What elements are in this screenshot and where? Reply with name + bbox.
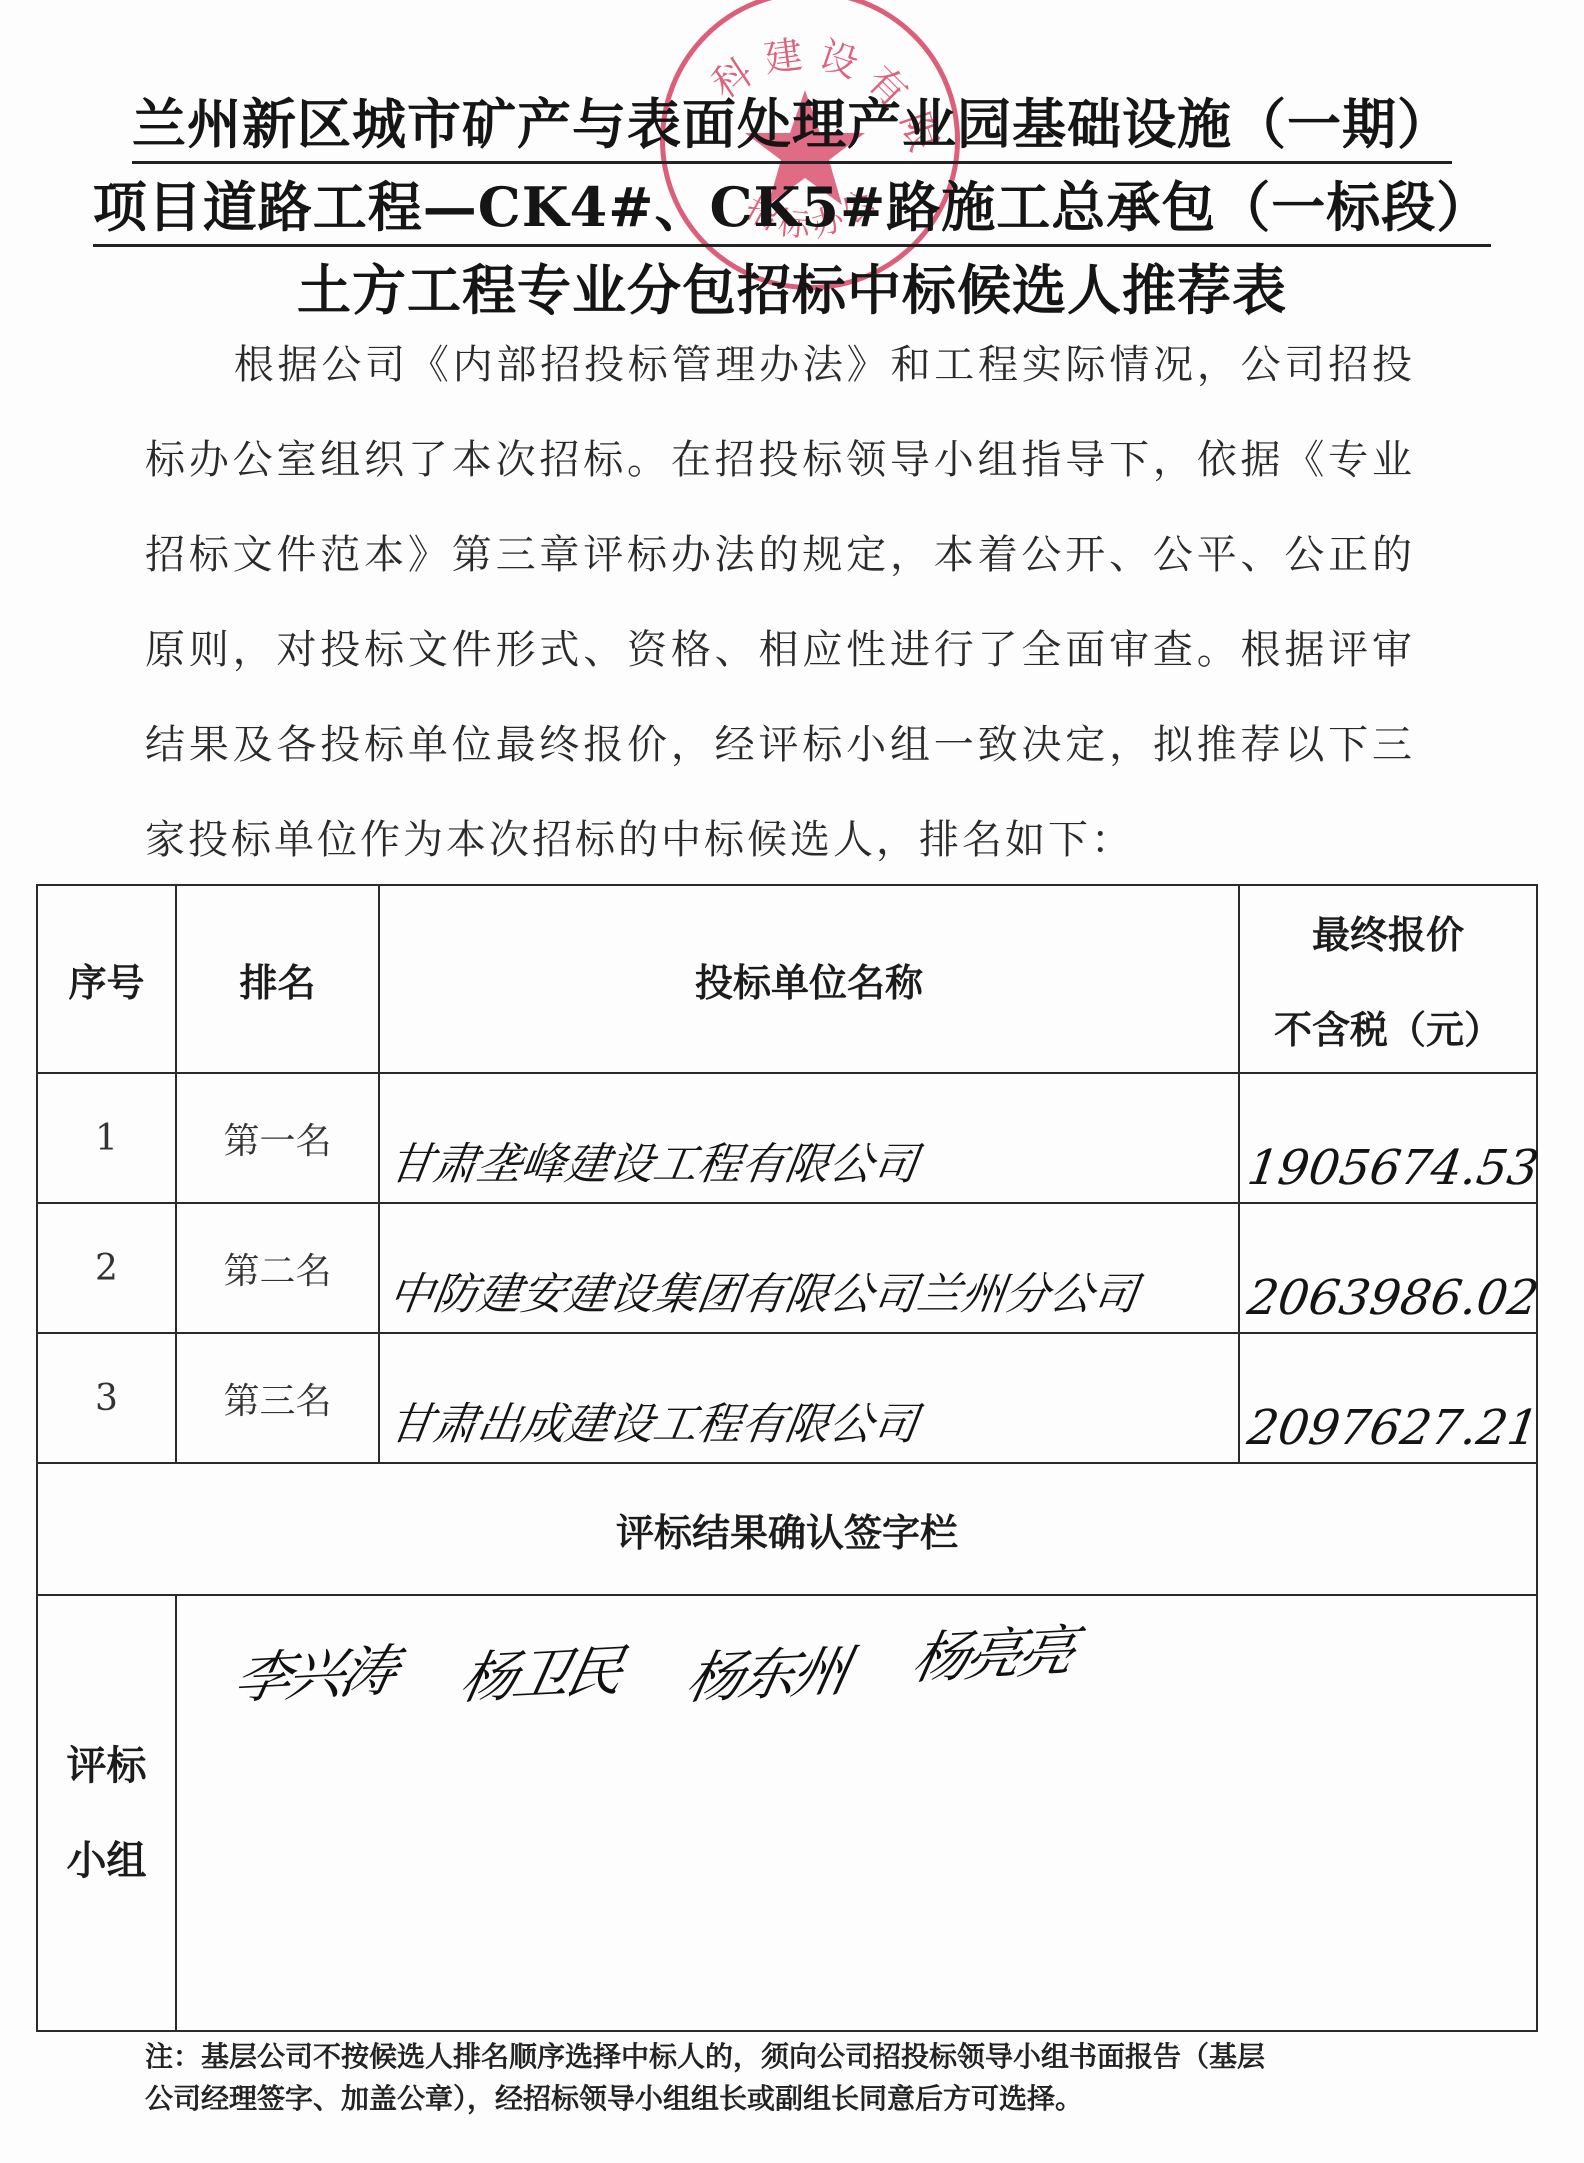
header-price-line1: 最终报价 xyxy=(1240,904,1536,959)
signature: 李兴涛 xyxy=(228,1627,402,1715)
row-rank: 第三名 xyxy=(176,1333,379,1463)
title-text-1: 兰州新区城市矿产与表面处理产业园基础设施（一期） xyxy=(132,82,1452,164)
signature-area: 李兴涛 杨卫民 杨东州 杨亮亮 xyxy=(176,1595,1537,2031)
document-title-line-3: 土方工程专业分包招标中标候选人推荐表 xyxy=(0,248,1584,325)
panel-label-line2: 小组 xyxy=(38,1813,175,1908)
table-header-row: 序号 排名 投标单位名称 最终报价 不含税（元） xyxy=(37,885,1537,1073)
row-company: 甘肃出成建设工程有限公司 xyxy=(379,1333,1239,1463)
signature-row: 评标 小组 李兴涛 杨卫民 杨东州 杨亮亮 xyxy=(37,1595,1537,2031)
table-row: 2 第二名 中防建安建设集团有限公司兰州分公司 2063986.02 xyxy=(37,1203,1537,1333)
handwritten-company: 甘肃出成建设工程有限公司 xyxy=(386,1388,923,1452)
handwritten-company: 中防建安建设集团有限公司兰州分公司 xyxy=(386,1258,1143,1322)
confirm-header-row: 评标结果确认签字栏 xyxy=(37,1463,1537,1595)
handwritten-price: 2063986.02 xyxy=(1244,1270,1542,1326)
header-rank: 排名 xyxy=(176,885,379,1073)
title-text-2: 项目道路工程—CK4#、CK5#路施工总承包（一标段） xyxy=(93,165,1491,247)
row-company: 中防建安建设集团有限公司兰州分公司 xyxy=(379,1203,1239,1333)
row-price: 2097627.21 xyxy=(1239,1333,1537,1463)
header-company: 投标单位名称 xyxy=(379,885,1239,1073)
header-seq: 序号 xyxy=(37,885,176,1073)
confirm-header: 评标结果确认签字栏 xyxy=(37,1463,1537,1595)
header-price-line2: 不含税（元） xyxy=(1240,999,1536,1054)
row-company: 甘肃垄峰建设工程有限公司 xyxy=(379,1073,1239,1203)
signature: 杨亮亮 xyxy=(906,1607,1080,1695)
handwritten-price: 2097627.21 xyxy=(1244,1400,1542,1456)
handwritten-price: 1905674.53 xyxy=(1244,1140,1542,1196)
row-seq: 3 xyxy=(37,1333,176,1463)
intro-paragraph: 根据公司《内部招投标管理办法》和工程实际情况，公司招投标办公室组织了本次招标。在… xyxy=(145,318,1415,888)
note-line-2: 公司经理签字、加盖公章），经招标领导小组组长或副组长同意后方可选择。 xyxy=(145,2078,1445,2120)
row-rank: 第一名 xyxy=(176,1073,379,1203)
row-rank: 第二名 xyxy=(176,1203,379,1333)
row-seq: 1 xyxy=(37,1073,176,1203)
panel-label-line1: 评标 xyxy=(38,1718,175,1813)
document-title-line-1: 兰州新区城市矿产与表面处理产业园基础设施（一期） xyxy=(0,82,1584,164)
candidate-table: 序号 排名 投标单位名称 最终报价 不含税（元） 1 第一名 甘肃垄峰建设工程有… xyxy=(36,884,1538,2032)
row-price: 2063986.02 xyxy=(1239,1203,1537,1333)
signature: 杨东州 xyxy=(680,1627,854,1715)
table-row: 1 第一名 甘肃垄峰建设工程有限公司 1905674.53 xyxy=(37,1073,1537,1203)
table-row: 3 第三名 甘肃出成建设工程有限公司 2097627.21 xyxy=(37,1333,1537,1463)
signature: 杨卫民 xyxy=(454,1627,628,1715)
intro-paragraph-text: 根据公司《内部招投标管理办法》和工程实际情况，公司招投标办公室组织了本次招标。在… xyxy=(145,342,1415,863)
title-text-3: 土方工程专业分包招标中标候选人推荐表 xyxy=(297,248,1287,325)
row-seq: 2 xyxy=(37,1203,176,1333)
footer-note: 注：基层公司不按候选人排名顺序选择中标人的，须向公司招投标领导小组书面报告（基层… xyxy=(145,2036,1445,2120)
handwritten-company: 甘肃垄峰建设工程有限公司 xyxy=(386,1128,923,1192)
panel-label: 评标 小组 xyxy=(37,1595,176,2031)
header-price: 最终报价 不含税（元） xyxy=(1239,885,1537,1073)
document-title-line-2: 项目道路工程—CK4#、CK5#路施工总承包（一标段） xyxy=(0,165,1584,247)
row-price: 1905674.53 xyxy=(1239,1073,1537,1203)
note-line-1: 注：基层公司不按候选人排名顺序选择中标人的，须向公司招投标领导小组书面报告（基层 xyxy=(145,2036,1445,2078)
